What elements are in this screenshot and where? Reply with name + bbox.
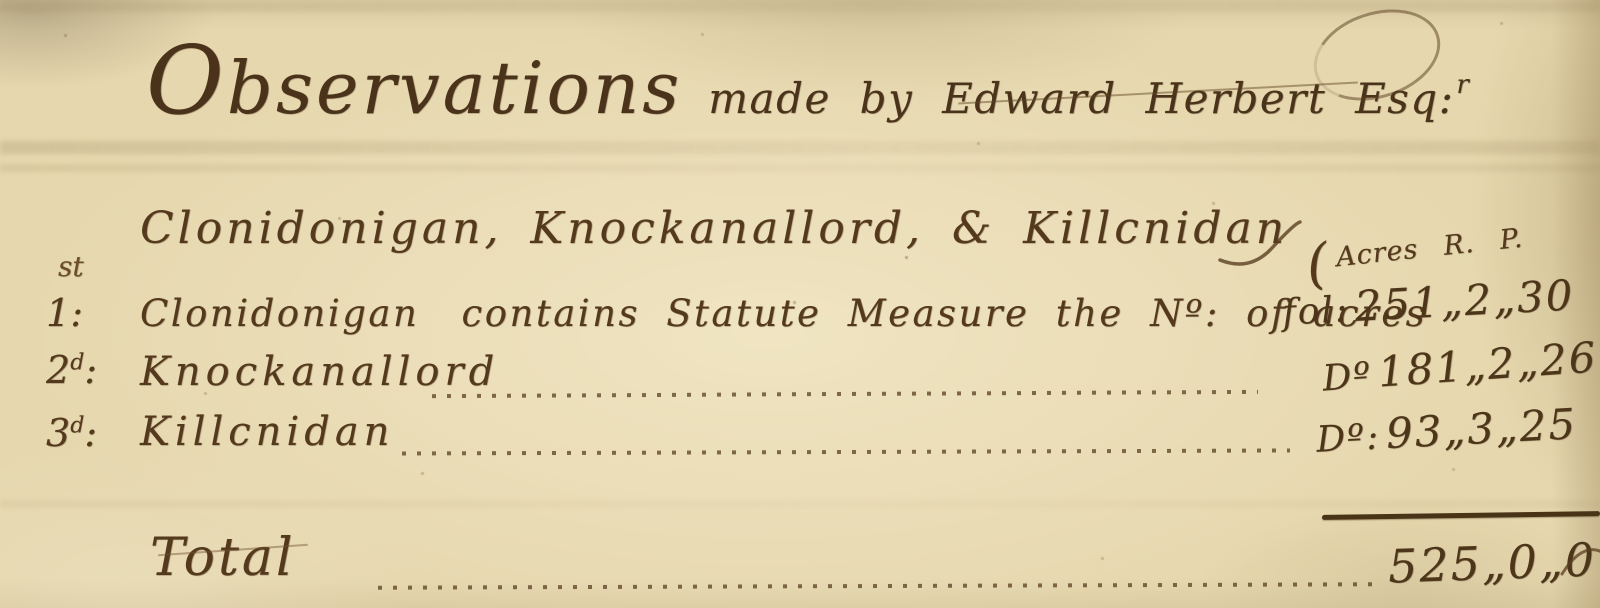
sum-rule	[1322, 511, 1600, 520]
title-superscript-r: r	[1456, 70, 1468, 100]
total-label: Total	[150, 528, 295, 588]
entry-number-punct: :	[70, 291, 83, 335]
entry-2-number: 2d:	[46, 348, 97, 392]
townland-name: Knockanallord	[140, 349, 499, 395]
acreage-value: 181„2„26	[1376, 332, 1599, 396]
title-line: Observations made by Edward Herbert Esq:…	[146, 26, 1469, 136]
margin-mark: st	[58, 250, 84, 283]
townland-name: Clonidonigan	[140, 292, 419, 335]
bleedthrough-streak	[0, 164, 1600, 172]
acreage-value: 93„3„25	[1385, 399, 1578, 458]
total-end-flourish	[1560, 540, 1600, 580]
bleedthrough-streak	[0, 2, 1600, 12]
townlands-heading: Clonidonigan, Knockanallord, & Killcnida…	[140, 203, 1288, 254]
heading-swash-flourish	[1218, 220, 1302, 272]
entry-number-sup: d	[70, 413, 84, 438]
ditto-mark: Dº:	[1315, 417, 1381, 461]
entry-number-punct: :	[84, 411, 97, 455]
entry-3-text: Killcnidan	[140, 409, 394, 455]
bleedthrough-streak	[0, 500, 1600, 508]
manuscript-page: Observations made by Edward Herbert Esq:…	[0, 0, 1600, 608]
bleedthrough-streak	[0, 141, 1600, 154]
entry-2-text: Knockanallord	[140, 349, 499, 395]
folio-reference: fol:	[1281, 289, 1350, 333]
entry-1-number: 1:	[46, 291, 83, 335]
acreage-value: 251„2„30	[1353, 270, 1575, 330]
entry-number-punct: :	[84, 348, 97, 392]
paper-specks	[0, 0, 3, 3]
dotted-leader	[402, 448, 1290, 455]
entry-2-value: Dº181„2„26	[1321, 332, 1599, 400]
entry-number-sup: d	[70, 350, 84, 375]
entry-number-digit: 2	[46, 348, 70, 392]
column-header-text: Acres R. P.	[1335, 223, 1525, 273]
ditto-mark: Dº	[1321, 355, 1374, 399]
entry-3-value: Dº:93„3„25	[1315, 399, 1578, 462]
entry-1-text: Clonidonigan contains Statute Measure th…	[140, 292, 1427, 335]
townland-name: Killcnidan	[140, 409, 394, 455]
entry-number-digit: 3	[46, 411, 70, 455]
title-word-observations: Observations	[146, 26, 682, 136]
dotted-leader	[432, 390, 1258, 398]
entry-3-number: 3d:	[46, 411, 97, 455]
entry-number-digit: 1	[46, 291, 70, 335]
dotted-leader	[378, 582, 1378, 589]
